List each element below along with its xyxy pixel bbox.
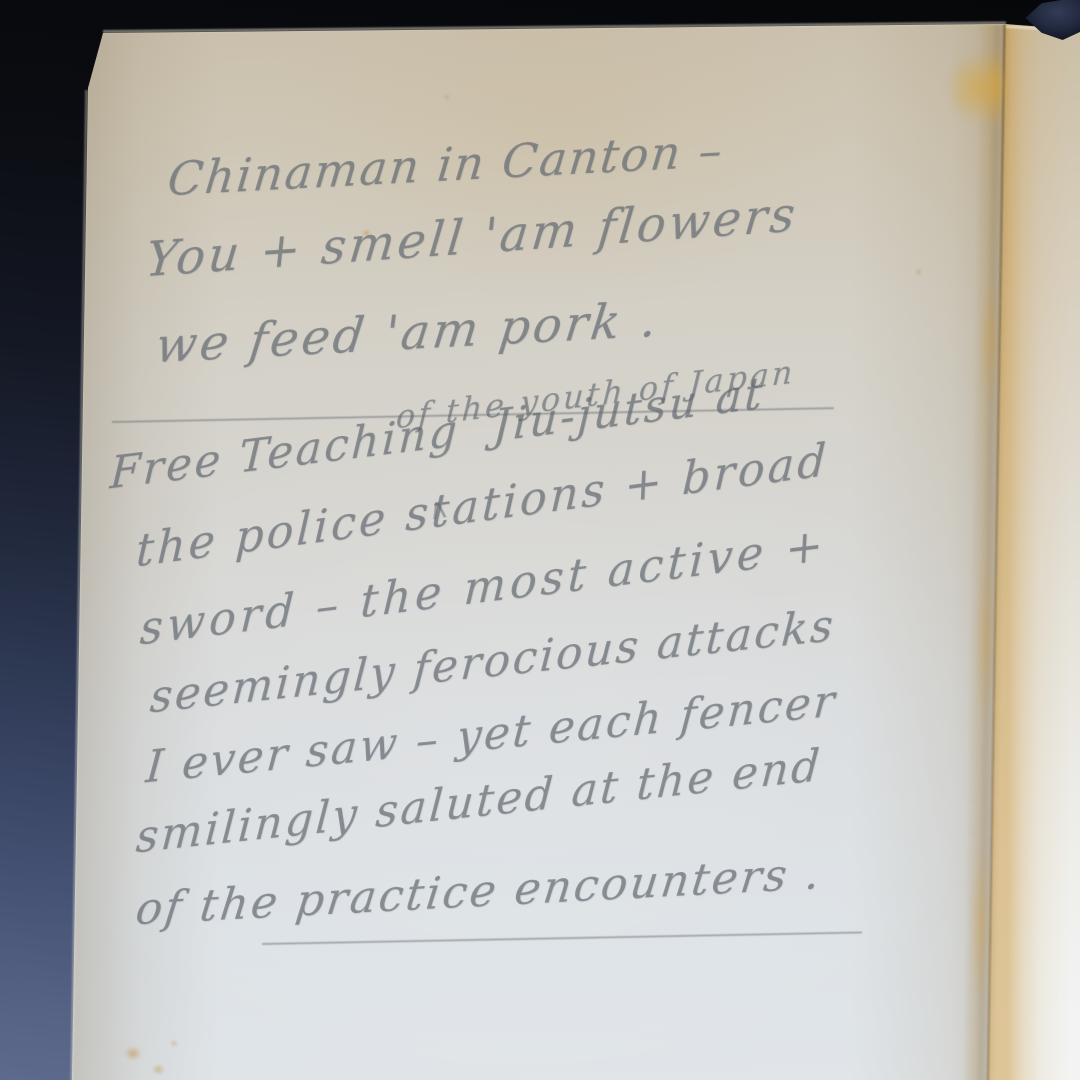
pencil-notes: Chinaman in Canton – You + smell 'am flo… [0, 0, 1080, 1080]
handwritten-line-canton-1: Chinaman in Canton – [165, 123, 726, 206]
handwritten-line-canton-3: we feed 'am pork . [153, 291, 663, 374]
insertion-gap [458, 441, 492, 445]
book-photo: Chinaman in Canton – You + smell 'am flo… [0, 0, 1080, 1080]
handwritten-line-jiujutsu-7: of the practice encounters . [133, 848, 825, 935]
pencil-divider-line-bottom [262, 931, 862, 945]
